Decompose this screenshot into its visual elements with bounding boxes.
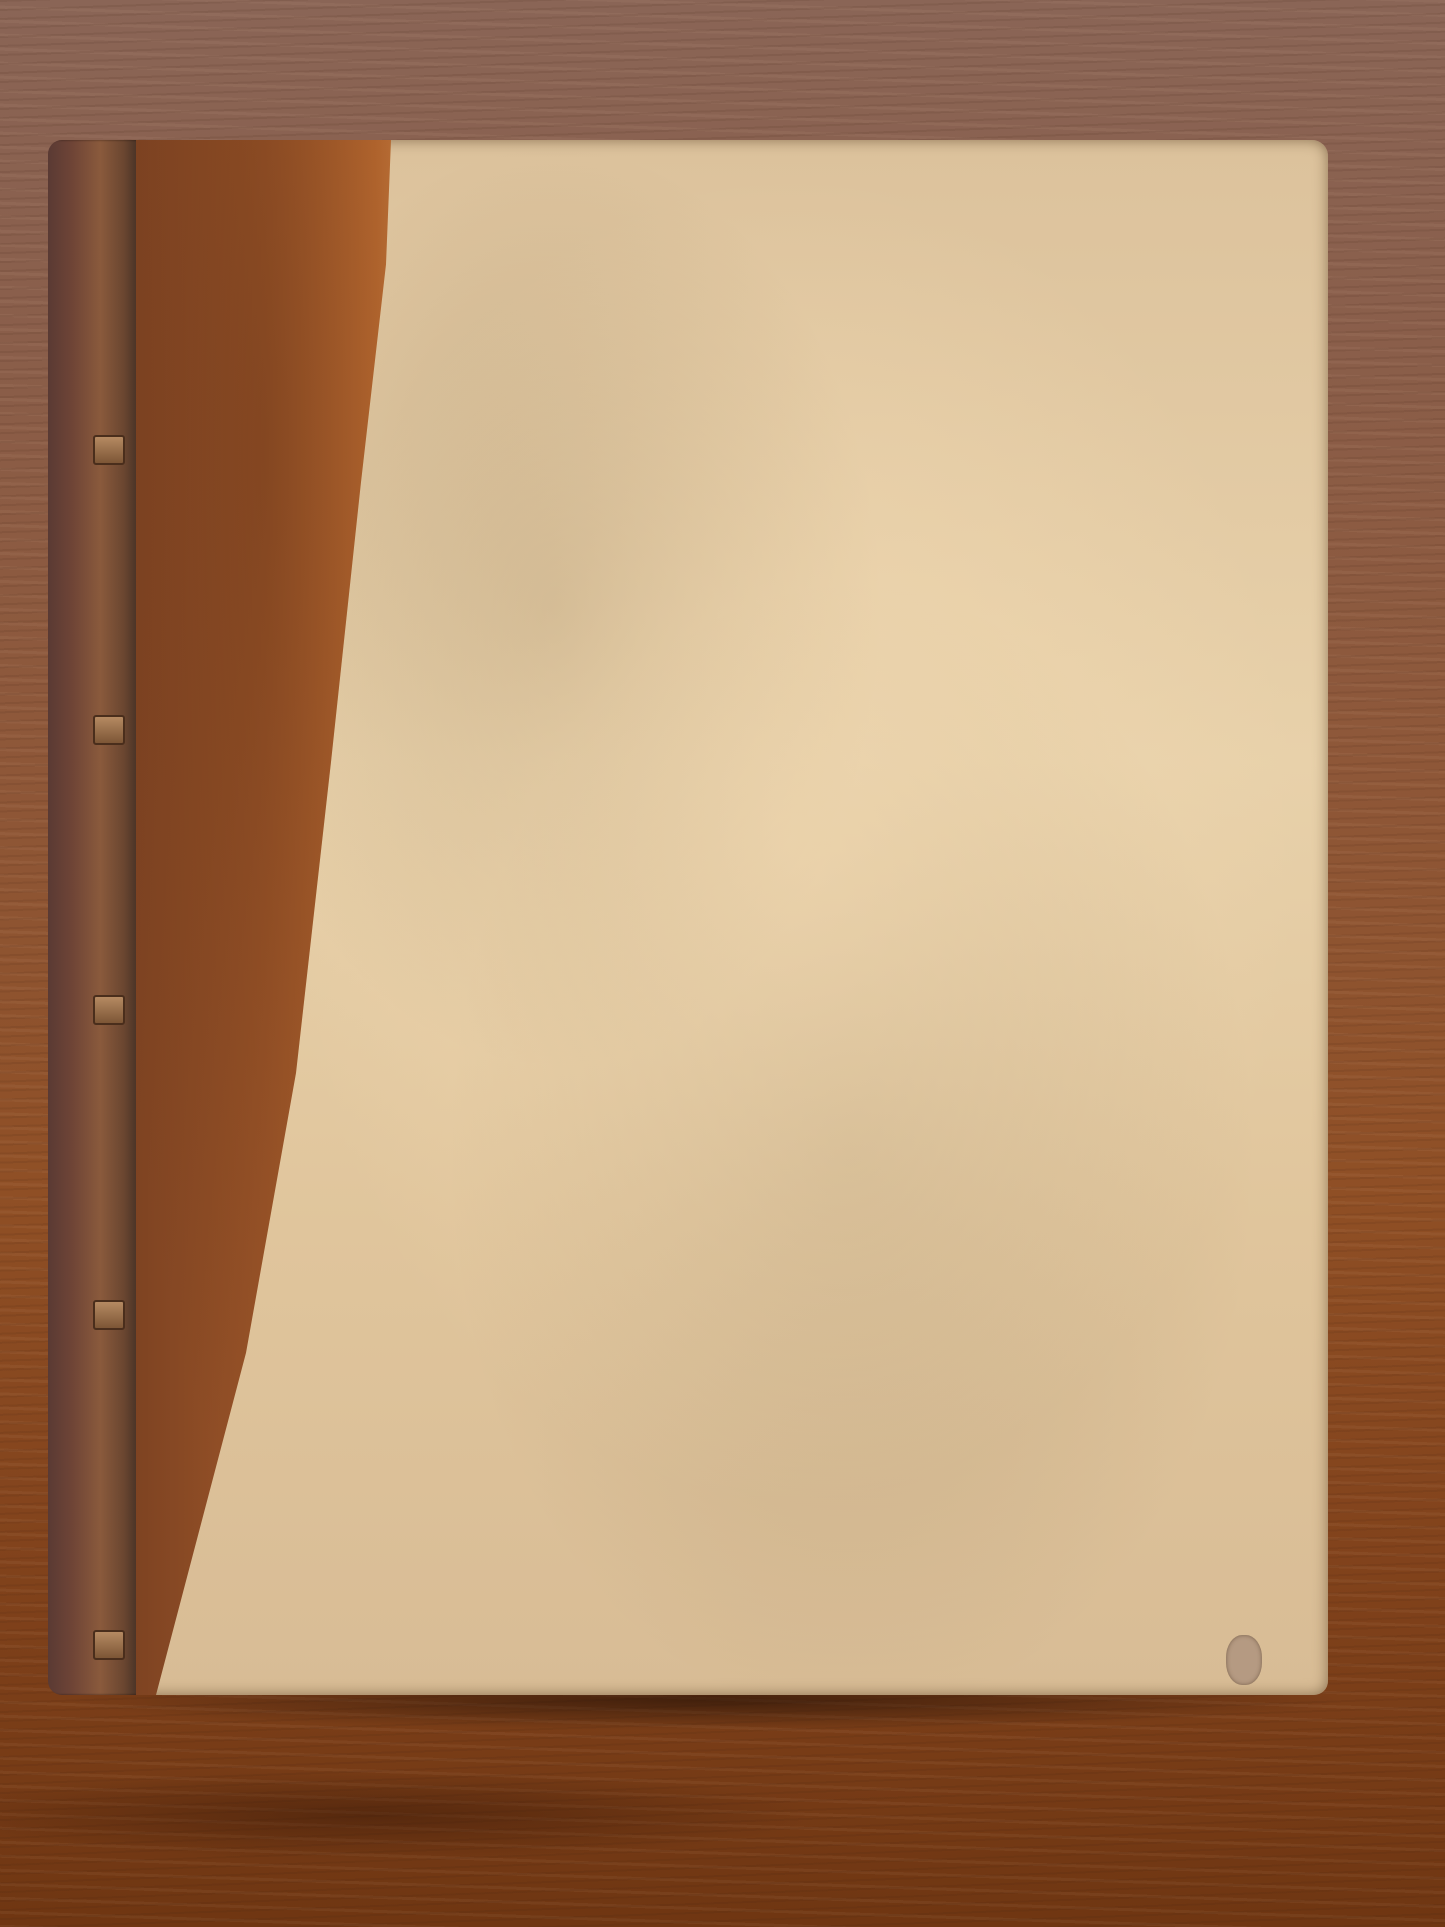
spine-band	[93, 435, 125, 465]
photo-scene	[0, 0, 1445, 1927]
spine-band	[93, 995, 125, 1025]
spine-band	[93, 1300, 125, 1330]
spine-band	[93, 1630, 125, 1660]
cover-corner-tab	[1226, 1635, 1262, 1685]
antique-book	[48, 140, 1328, 1695]
spine-band	[93, 715, 125, 745]
book-spine	[48, 140, 143, 1695]
